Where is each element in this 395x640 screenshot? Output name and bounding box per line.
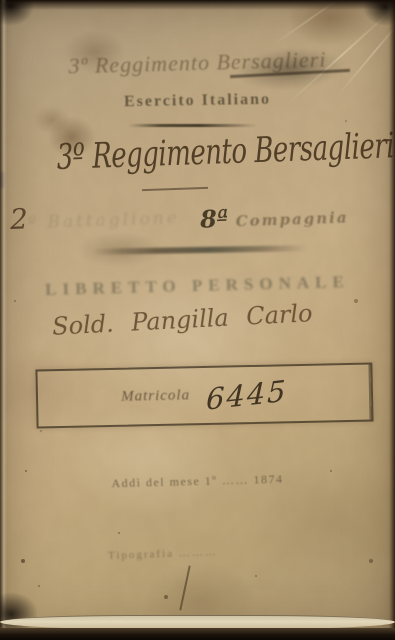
left-edge bbox=[0, 0, 7, 640]
matricola-label: Matricola bbox=[121, 387, 190, 405]
top-edge bbox=[0, 0, 395, 10]
corner-shadow bbox=[363, 0, 395, 26]
matricola-box: Matricola 6445 bbox=[35, 362, 373, 428]
header-divider bbox=[128, 124, 258, 127]
bottom-shadow bbox=[0, 628, 395, 640]
matricola-number: 6445 bbox=[206, 373, 288, 416]
document-photo: 3º Reggimento Bersaglieri Esercito Itali… bbox=[0, 0, 395, 640]
bottom-page-edge bbox=[0, 615, 395, 629]
right-edge bbox=[389, 0, 395, 640]
corner-shadow bbox=[0, 0, 34, 26]
paper-texture bbox=[0, 0, 395, 640]
